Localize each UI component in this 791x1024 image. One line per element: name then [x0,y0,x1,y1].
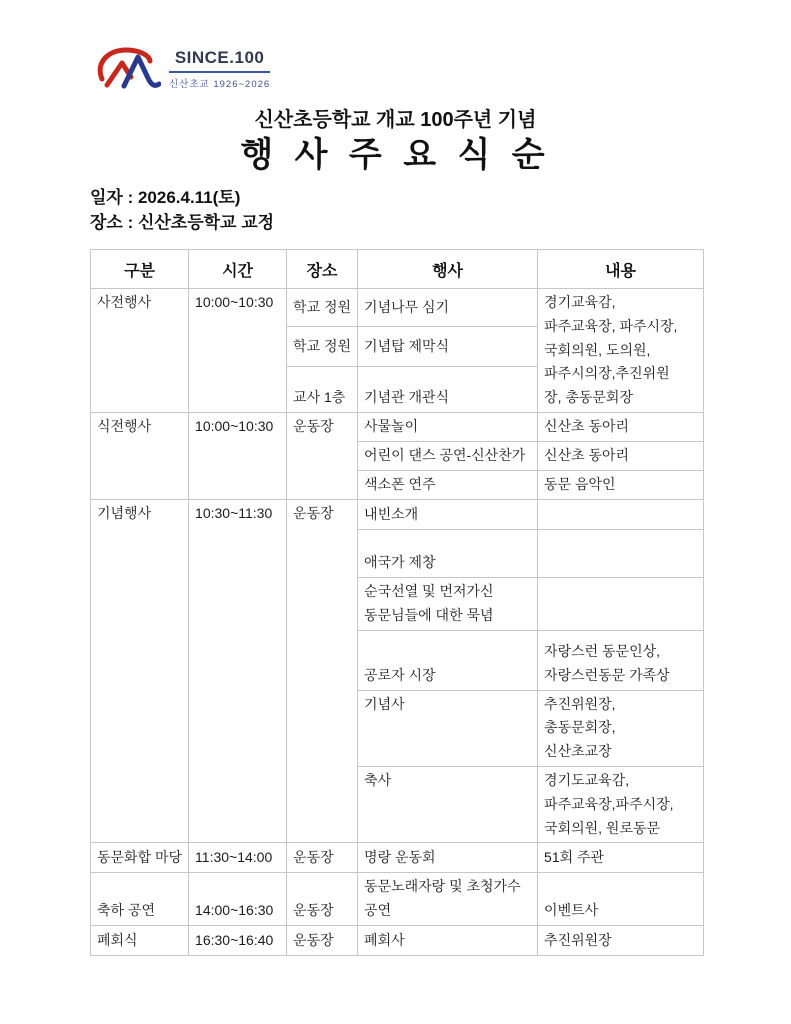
table-cell: 운동장 [287,925,358,955]
table-cell: 자랑스런 동문인상, 자랑스런동문 가족상 [538,630,704,690]
table-cell: 운동장 [287,873,358,926]
table-cell: 순국선열 및 먼저가신 동문님들에 대한 묵념 [358,577,538,630]
col-header-place: 장소 [287,250,358,289]
event-info: 일자 : 2026.4.11(토) 장소 : 신산초등학교 교정 [90,186,274,235]
table-cell: 폐회식 [91,925,189,955]
table-cell: 기념나무 심기 [358,289,538,327]
logo-years-label: 신산초교 1926~2026 [169,76,270,90]
schedule-table-wrap: 구분 시간 장소 행사 내용 사전행사10:00~10:30학교 정원기념나무 … [90,249,704,956]
table-cell: 추진위원장, 총동문회장, 신산초교장 [538,690,704,766]
logo-text-block: SINCE.100 신산초교 1926~2026 [169,49,270,90]
event-place-line: 장소 : 신산초등학교 교정 [90,211,274,236]
table-cell: 경기교육감, 파주교육장, 파주시장, 국회의원, 도의원, 파주시의장,추진위… [538,289,704,413]
table-row: 폐회식16:30~16:40운동장폐회사추진위원장 [91,925,704,955]
table-row: 사전행사10:00~10:30학교 정원기념나무 심기경기교육감, 파주교육장,… [91,289,704,327]
table-cell: 신산초 동아리 [538,441,704,470]
school-logo: SINCE.100 신산초교 1926~2026 [95,45,270,91]
table-body: 사전행사10:00~10:30학교 정원기념나무 심기경기교육감, 파주교육장,… [91,289,704,956]
table-cell: 교사 1층 [287,366,358,412]
table-cell: 애국가 제창 [358,529,538,577]
table-cell: 운동장 [287,843,358,873]
table-cell: 10:30~11:30 [189,499,287,842]
table-cell: 축하 공연 [91,873,189,926]
table-cell: 추진위원장 [538,925,704,955]
logo-since-label: SINCE.100 [175,49,265,68]
table-row: 식전행사10:00~10:30운동장사물놀이신산초 동아리 [91,412,704,441]
table-cell: 식전행사 [91,412,189,499]
table-cell: 51회 주관 [538,843,704,873]
table-cell: 명랑 운동회 [358,843,538,873]
col-header-time: 시간 [189,250,287,289]
col-header-category: 구분 [91,250,189,289]
table-cell: 어린이 댄스 공연-신산찬가 [358,441,538,470]
table-cell: 축사 [358,766,538,842]
table-cell: 기념행사 [91,499,189,842]
table-header-row: 구분 시간 장소 행사 내용 [91,250,704,289]
table-cell: 동문노래자랑 및 초청가수 공연 [358,873,538,926]
table-row: 동문화합 마당11:30~14:00운동장명랑 운동회51회 주관 [91,843,704,873]
col-header-detail: 내용 [538,250,704,289]
table-cell: 운동장 [287,412,358,499]
event-date-line: 일자 : 2026.4.11(토) [90,186,274,211]
table-cell: 11:30~14:00 [189,843,287,873]
table-cell: 동문 음악인 [538,470,704,499]
col-header-event: 행사 [358,250,538,289]
table-cell: 폐회사 [358,925,538,955]
table-cell: 사전행사 [91,289,189,413]
page-title: 행 사 주 요 식 순 [0,127,791,176]
table-row: 축하 공연14:00~16:30운동장동문노래자랑 및 초청가수 공연이벤트사 [91,873,704,926]
table-cell: 경기도교육감, 파주교육장,파주시장, 국회의원, 원로동문 [538,766,704,842]
table-cell: 10:00~10:30 [189,412,287,499]
table-cell: 학교 정원 [287,327,358,366]
document-page: SINCE.100 신산초교 1926~2026 신산초등학교 개교 100주년… [0,0,791,1024]
table-cell: 신산초 동아리 [538,412,704,441]
table-row: 기념행사10:30~11:30운동장내빈소개 [91,499,704,529]
table-cell: 기념사 [358,690,538,766]
table-cell: 내빈소개 [358,499,538,529]
logo-swoosh-icon [95,45,161,91]
table-cell: 색소폰 연주 [358,470,538,499]
table-cell [538,577,704,630]
table-cell: 기념탑 제막식 [358,327,538,366]
table-cell: 10:00~10:30 [189,289,287,413]
table-cell [538,499,704,529]
schedule-table: 구분 시간 장소 행사 내용 사전행사10:00~10:30학교 정원기념나무 … [90,249,704,956]
table-cell: 14:00~16:30 [189,873,287,926]
table-cell [538,529,704,577]
table-cell: 16:30~16:40 [189,925,287,955]
table-cell: 사물놀이 [358,412,538,441]
table-cell: 동문화합 마당 [91,843,189,873]
table-cell: 운동장 [287,499,358,842]
table-cell: 이벤트사 [538,873,704,926]
table-cell: 기념관 개관식 [358,366,538,412]
table-cell: 공로자 시장 [358,630,538,690]
table-cell: 학교 정원 [287,289,358,327]
logo-underline [169,71,270,73]
